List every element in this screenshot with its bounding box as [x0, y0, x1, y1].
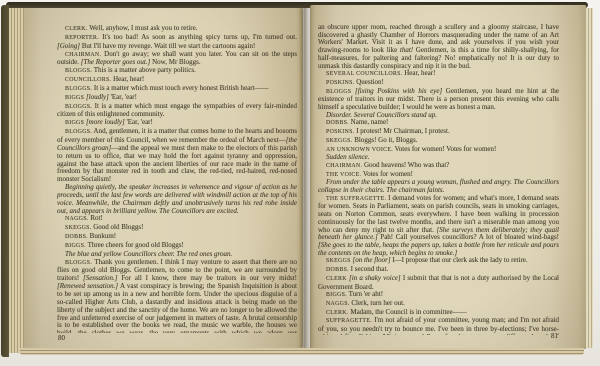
stage-direction: [fixing Poskins with his eye]	[355, 87, 442, 95]
dialogue-text: Madam, the Council is in committee——	[349, 308, 467, 316]
paragraph: BLOGGS. This is a matter above party pol…	[57, 67, 297, 76]
dialogue-text: Rot!	[89, 214, 103, 222]
dialogue-text: Three cheers for good old Bloggs!	[86, 241, 184, 249]
stage-direction: [Going]	[57, 42, 80, 50]
speaker-name: BLOGGS.	[65, 86, 92, 92]
right-page-text: an obscure upper room, reached through a…	[318, 24, 559, 335]
dialogue-text: Good heavens! Who was that?	[362, 161, 449, 169]
left-page-text: CLERK. Well, anyhow, I must ask you to r…	[57, 25, 297, 333]
book-gutter	[299, 5, 313, 349]
dialogue-text: Clerk, turn her out.	[350, 299, 405, 307]
speaker-name: BLOGGS.	[65, 68, 92, 74]
speaker-name: POSKINS.	[326, 129, 354, 135]
speaker-name: NAGGS.	[65, 216, 89, 222]
paragraph: CHAIRMAN. Don't go away; we shall want y…	[57, 51, 297, 68]
page-fore-edge-right	[586, 8, 593, 348]
speaker-name: THE SUFFRAGETTE.	[326, 196, 386, 202]
speaker-name: BLOGGS.	[65, 129, 92, 135]
speaker-name: SKEGGS.	[65, 225, 92, 231]
dialogue-text: Bunkum!	[88, 232, 116, 240]
speaker-name: DOBBS.	[326, 267, 349, 273]
paragraph: an obscure upper room, reached through a…	[318, 24, 559, 70]
speaker-name: CLERK	[326, 276, 347, 282]
paragraph: THE SUFFRAGETTE. I demand votes for wome…	[318, 195, 559, 258]
stage-direction: [on the floor]	[352, 256, 390, 264]
dialogue-text: I protest! Mr Chairman, I protest.	[354, 127, 449, 135]
dialogue-text: It's too bad! As soon as anything spicy …	[99, 33, 297, 41]
speaker-name: CLERK.	[65, 26, 88, 32]
dialogue-text: But I'll have my revenge. Wait till we s…	[80, 42, 255, 50]
book-cover-edge	[1, 5, 9, 357]
speaker-name: SKEGGS	[326, 258, 351, 264]
dialogue-text: Hear, hear!	[402, 69, 435, 77]
dialogue-text: I—I propose that our clerk ask the lady …	[391, 256, 528, 264]
stage-direction: The blue and yellow Councillors cheer. T…	[65, 250, 232, 258]
dialogue-text: Hear, hear!	[111, 75, 144, 83]
speaker-name: DOBBS.	[65, 234, 88, 240]
paragraph: BLOGGS. It is a matter which must engage…	[57, 103, 297, 120]
stage-direction: [in a shaky voice]	[349, 274, 401, 282]
dialogue-text: Votes for women!	[361, 170, 413, 178]
speaker-name: CLERK.	[326, 310, 349, 316]
page-fore-edges-left	[9, 8, 24, 353]
dialogue-text: It is a matter which must engage the sym…	[57, 102, 297, 119]
stage-direction: Beginning quietly, the speaker increases…	[57, 183, 297, 215]
open-book-photo: CLERK. Well, anyhow, I must ask you to r…	[0, 0, 600, 366]
speaker-name: BLOGGS.	[65, 104, 92, 110]
speaker-name: BIGGS.	[65, 243, 86, 249]
dialogue-text: Bloggs! Go it, Bloggs.	[353, 136, 418, 144]
dialogue-text: Votes for women! Votes for women!	[393, 145, 496, 153]
stage-direction: [loudly]	[86, 93, 109, 101]
speaker-name: DOBBS.	[326, 120, 349, 126]
speaker-name: COUNCILLORS.	[65, 77, 111, 83]
dialogue-text: And, gentlemen, it is a matter that come…	[57, 127, 297, 144]
speaker-name: THE VOICE.	[326, 172, 361, 178]
speaker-name: REPORTER.	[65, 35, 99, 41]
speaker-name: NAGGS.	[326, 301, 350, 307]
stage-direction: [more loudly]	[86, 118, 125, 126]
speaker-name: BIGGS	[65, 95, 84, 101]
dialogue-text: Question!	[354, 78, 383, 86]
left-page-number: 80	[58, 334, 65, 342]
stage-direction: [Renewed sensation.]	[57, 282, 118, 290]
paragraph: BLOGGS. And, gentlemen, it is a matter t…	[57, 128, 297, 184]
stage-direction: From under the table appears a young wom…	[318, 178, 559, 194]
speaker-name: SEVERAL COUNCILLORS.	[326, 71, 402, 77]
dialogue-text: 'Ear, 'ear!	[125, 118, 153, 126]
paragraph: From under the table appears a young wom…	[318, 179, 559, 194]
right-page-number: 81	[318, 332, 558, 340]
speaker-name: BLOGGS	[326, 89, 351, 95]
dialogue-text: Name, name!	[349, 118, 388, 126]
stage-direction: [Sensation.]	[83, 274, 117, 282]
paragraph: CLERK [in a shaky voice] I submit that t…	[318, 275, 559, 291]
paragraph: CHAIRMAN. Good heavens! Who was that?	[318, 162, 559, 171]
stage-direction: [The Reporter goes out.]	[81, 58, 151, 66]
paragraph: REPORTER. It's too bad! As soon as anyth…	[57, 34, 297, 51]
speaker-name: BIGGS	[65, 120, 84, 126]
speaker-name: BIGGS.	[326, 292, 347, 298]
stage-direction: [She goes to the table, heaps the papers…	[318, 241, 559, 257]
dialogue-text: It is a matter which must touch every ho…	[92, 84, 268, 92]
dialogue-text: A vast conspiracy is brewing; the Spanis…	[57, 282, 297, 333]
speaker-name: CHAIRMAN.	[326, 163, 362, 169]
dialogue-text: Turn 'er aht!	[347, 290, 383, 298]
dialogue-text: Good old Bloggs!	[92, 223, 144, 231]
dialogue-text: Well, anyhow, I must ask you to retire.	[88, 25, 198, 32]
speaker-name: SKEGGS.	[326, 138, 353, 144]
speaker-name: AN UNKNOWN VOICE.	[326, 147, 393, 153]
paragraph: BLOGGS [fixing Poskins with his eye] Gen…	[318, 88, 559, 112]
dialogue-text: For all I know, there may be traitors in…	[117, 274, 297, 282]
dialogue-text: This is a matter above party politics.	[92, 66, 196, 74]
paragraph: Beginning quietly, the speaker increases…	[57, 184, 297, 215]
speaker-name: POSKINS.	[326, 80, 354, 86]
dialogue-text: Now, Mr Bloggs.	[150, 58, 200, 66]
speaker-name: SUFFRAGETTE.	[326, 318, 372, 324]
dialogue-text: I second that.	[349, 265, 388, 273]
speaker-name: BLOGGS.	[65, 260, 92, 266]
speaker-name: CHAIRMAN.	[65, 52, 101, 58]
page-bottom-edges	[20, 348, 584, 355]
dialogue-text: 'Ear, 'ear!	[109, 93, 137, 101]
paragraph: BLOGGS. Thank you gentlemen. I think I m…	[57, 259, 297, 333]
